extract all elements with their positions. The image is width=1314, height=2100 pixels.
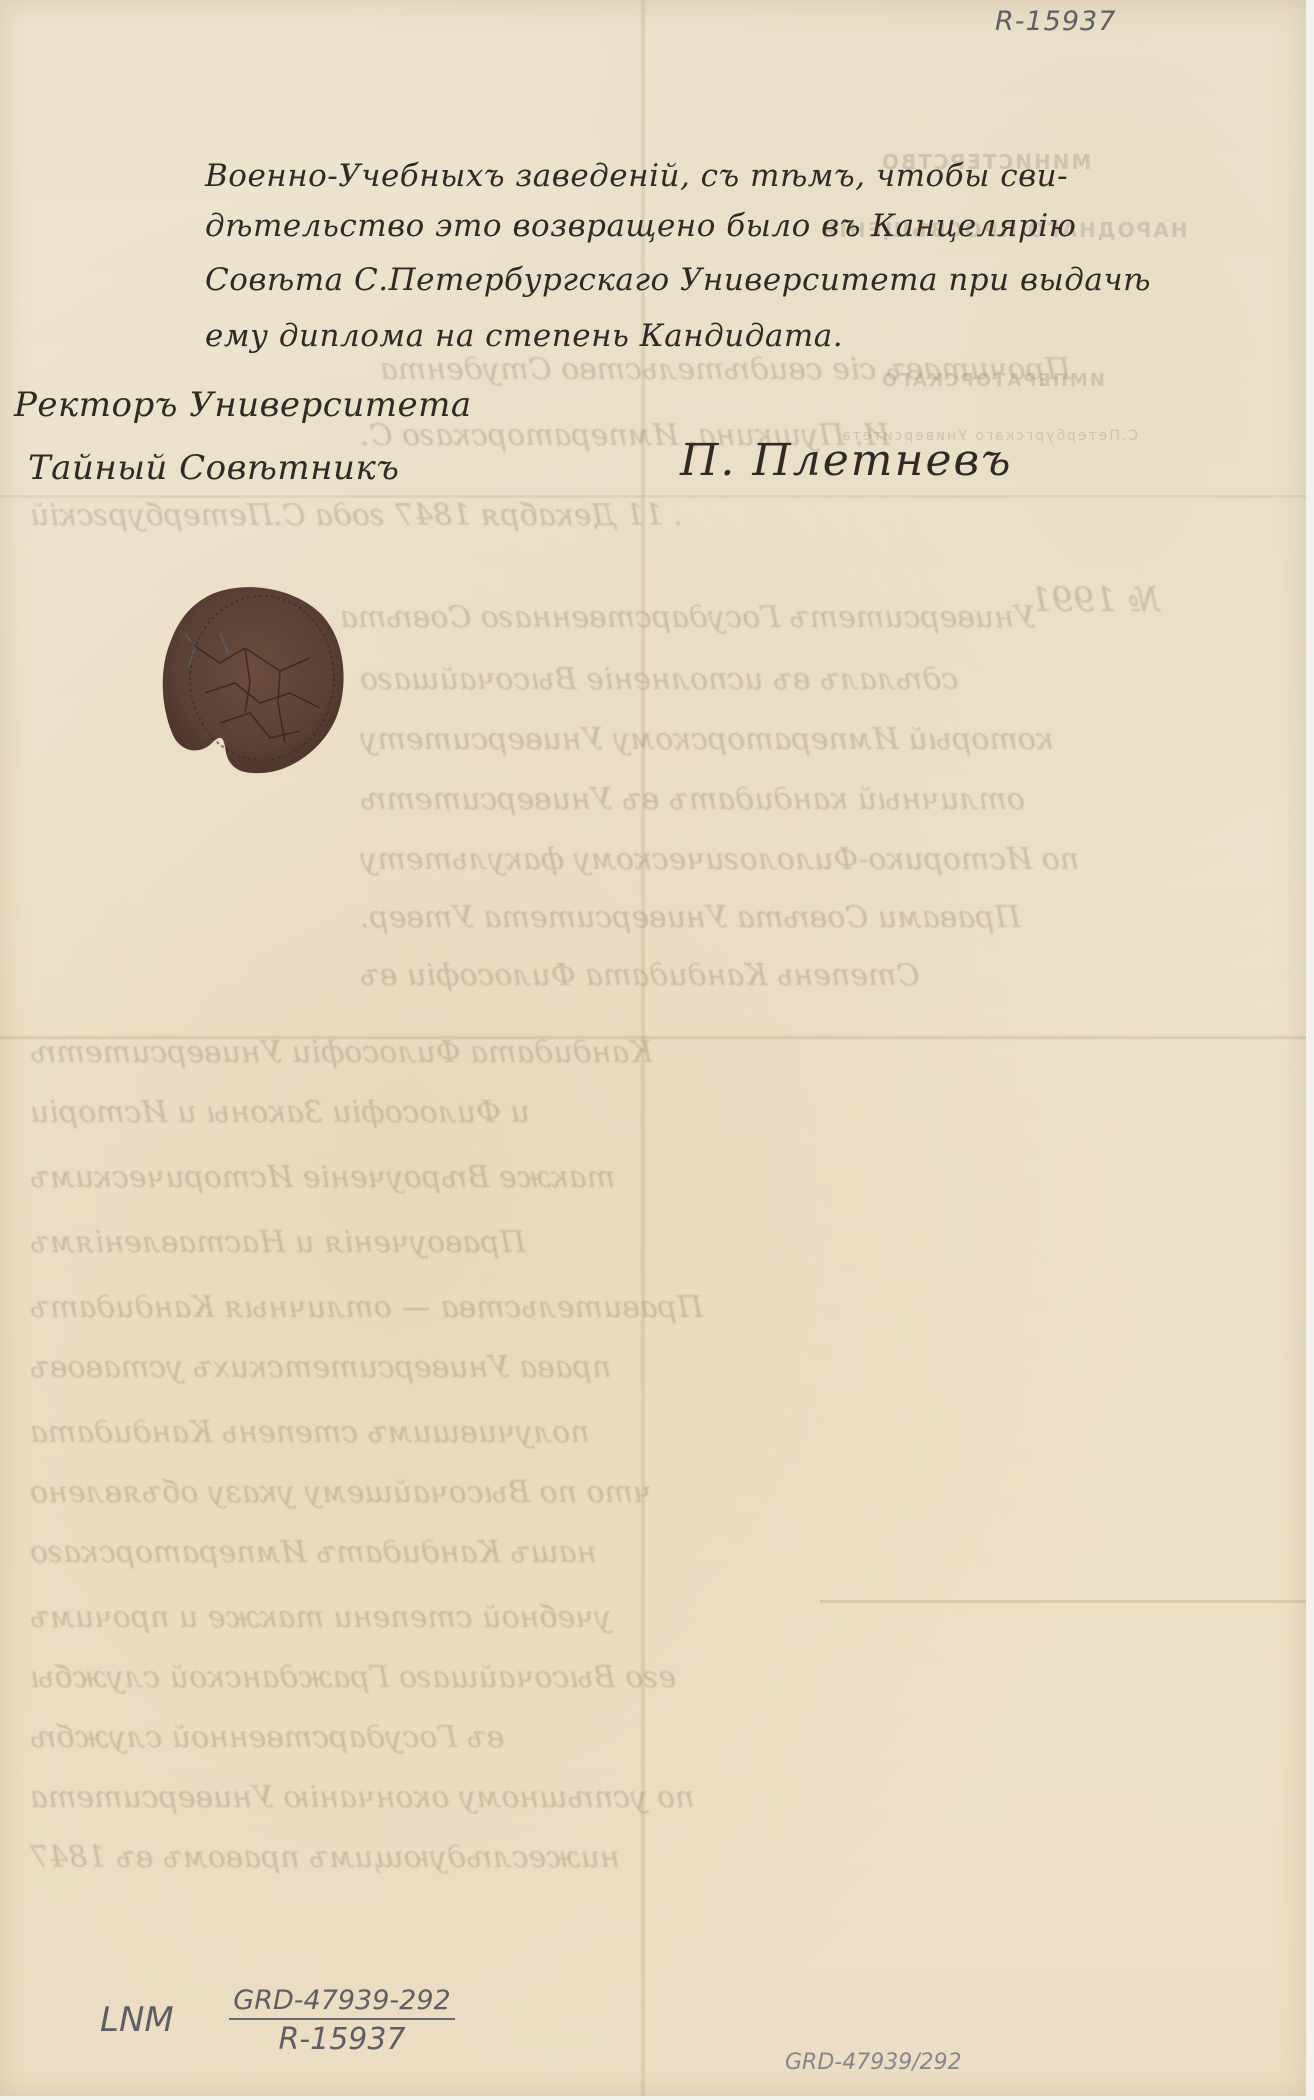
archive-number-top: R-15937 bbox=[995, 6, 1116, 37]
archive-grd-number: GRD-47939-292 bbox=[229, 1985, 454, 2020]
wax-seal-icon bbox=[150, 573, 350, 783]
lnm-label: LNM bbox=[100, 2000, 174, 2040]
body-line-3: Совѣта С.Петербургскаго Университета при… bbox=[205, 262, 1151, 298]
wax-seal bbox=[150, 573, 350, 783]
signature: П. Плетневъ bbox=[680, 435, 1012, 486]
signatory-rank: Тайный Совѣтникъ bbox=[28, 448, 399, 488]
signatory-title: Ректоръ Университета bbox=[14, 385, 472, 425]
body-line-4: ему диплома на степень Кандидата. bbox=[205, 318, 843, 354]
body-line-2: дѣтельство это возвращено было въ Канцел… bbox=[205, 208, 1076, 244]
paper-crease bbox=[820, 1600, 1306, 1603]
body-line-1: Военно-Учебныхъ заведеній, съ тѣмъ, чтоб… bbox=[205, 158, 1068, 194]
archive-r-number: R-15937 bbox=[192, 2022, 492, 2057]
archive-fraction: GRD-47939-292 R-15937 bbox=[192, 1985, 492, 2057]
document-page: МИНИСТЕРСТВО НАРОДНАГО ПРОСВѢЩЕНІЯ ИМПЕР… bbox=[0, 0, 1306, 2096]
archive-stamp-bottom: GRD-47939/292 bbox=[785, 2050, 962, 2075]
